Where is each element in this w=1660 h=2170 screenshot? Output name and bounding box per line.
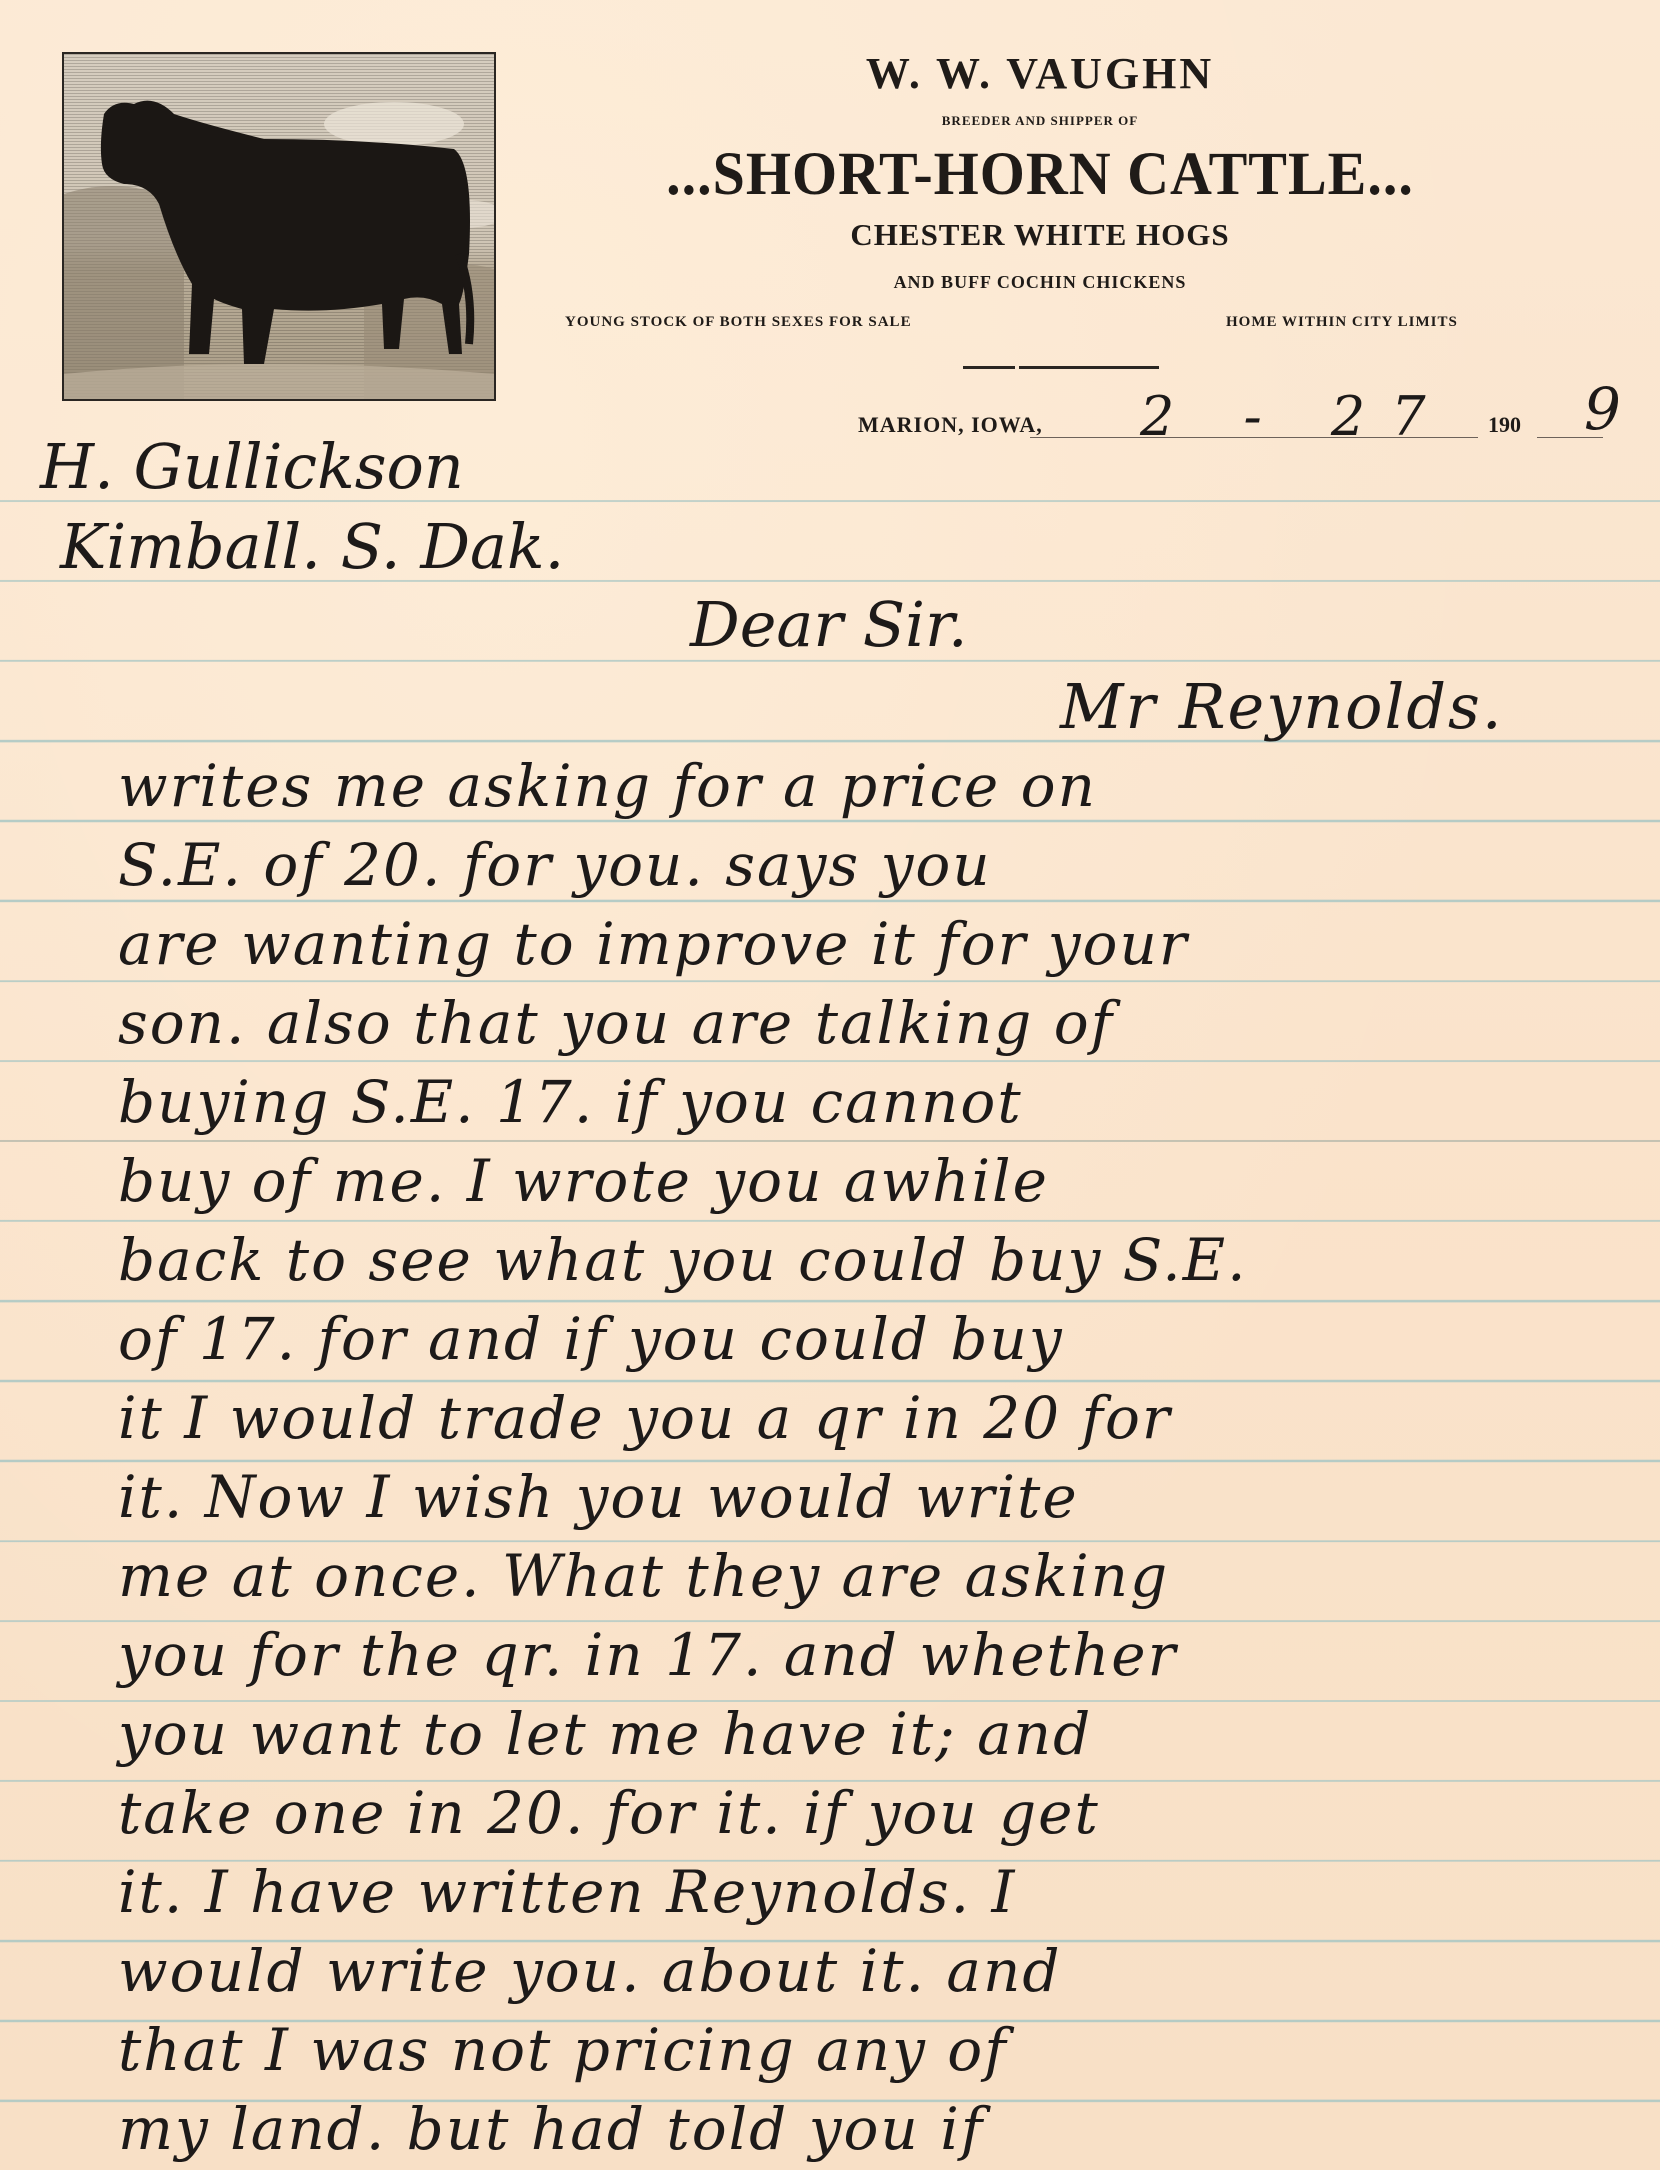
recipient-address: Kimball. S. Dak. [60,510,564,583]
body-line: take one in 20. for it. if you get [118,1779,1100,1847]
letterhead-divider [963,366,1015,369]
letterhead-name: W. W. VAUGHN [540,48,1540,99]
body-line: back to see what you could buy S.E. [118,1226,1248,1294]
body-line: my land. but had told you if [118,2095,984,2163]
letterhead-tertiary-product: AND BUFF COCHIN CHICKENS [540,272,1540,293]
body-line: S.E. of 20. for you. says you [118,831,992,899]
letterhead-divider [1019,366,1159,369]
date-year-prefix: 190 [1488,412,1521,438]
body-line: would write you. about it. and [118,1937,1061,2005]
body-line: buying S.E. 17. if you cannot [118,1068,1023,1136]
body-line: it. I have written Reynolds. I [118,1858,1016,1926]
salutation: Dear Sir. [690,588,968,661]
date-year-suffix: 9 [1584,375,1621,443]
dateline-place: MARION, IOWA, [858,412,1043,438]
paper-fold [0,1140,1660,1142]
body-line: are wanting to improve it for your [118,910,1189,978]
letterhead-tagline-right: HOME WITHIN CITY LIMITS [1226,314,1458,331]
body-line: you want to let me have it; and [118,1700,1092,1768]
body-line: you for the qr. in 17. and whether [118,1621,1177,1689]
body-line: it I would trade you a qr in 20 for [118,1384,1172,1452]
date-month-day: 2 - 27 [1140,385,1452,448]
letterhead-tagline-left: YOUNG STOCK OF BOTH SEXES FOR SALE [565,314,912,331]
letterhead-subtitle: BREEDER AND SHIPPER OF [540,113,1540,129]
body-line: son. also that you are talking of [118,989,1114,1057]
bull-engraving-image [62,52,496,401]
body-line: writes me asking for a price on [118,752,1097,820]
letterhead-secondary-product: CHESTER WHITE HOGS [540,217,1540,253]
body-line: buy of me. I wrote you awhile [118,1147,1049,1215]
body-line: me at once. What they are asking [118,1542,1169,1610]
recipient-name: H. Gullickson [40,430,464,503]
body-line: it. Now I wish you would write [118,1463,1079,1531]
shorthorn-bull-icon [64,54,494,399]
body-line: that I was not pricing any of [118,2016,1008,2084]
body-line: of 17. for and if you could buy [118,1305,1064,1373]
letterhead-main-product: ...SHORT-HORN CATTLE... [540,138,1540,208]
body-line: Mr Reynolds. [1060,670,1504,743]
